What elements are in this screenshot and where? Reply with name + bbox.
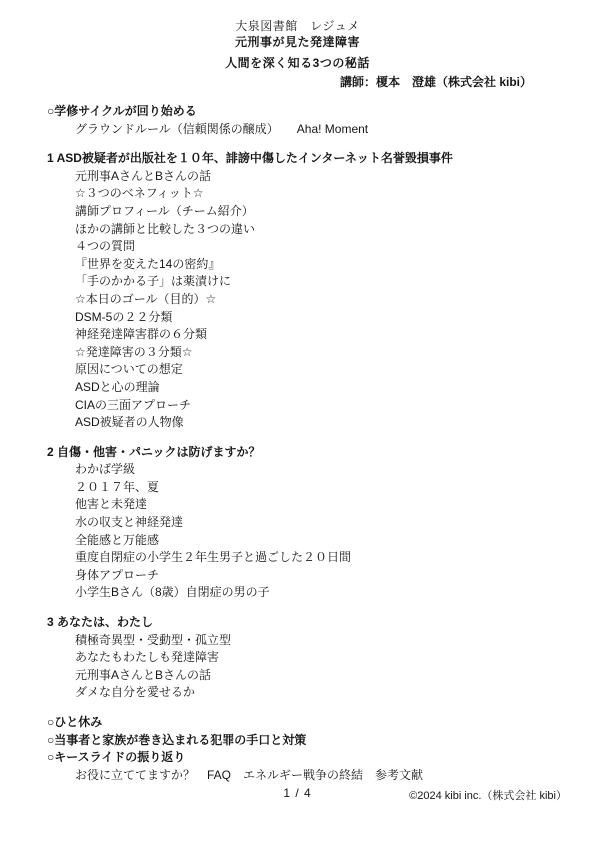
section-heading: ○キースライドの振り返り: [47, 749, 555, 767]
outline-body: ○学修サイクルが回り始めるグラウンドルール（信頼関係の醸成） Aha! Mome…: [0, 91, 595, 784]
section-heading: ○学修サイクルが回り始める: [47, 103, 555, 121]
doc-subtitle: 人間を深く知る3つの秘話: [0, 54, 595, 72]
outline-item: 水の収支と神経発達: [47, 514, 555, 532]
outline-item: グラウンドルール（信頼関係の醸成） Aha! Moment: [47, 121, 555, 139]
copyright: ©2024 kibi inc.（株式会社 kibi）: [409, 787, 567, 803]
doc-title: 元刑事が見た発達障害: [0, 34, 595, 50]
outline-item: 元刑事AさんとBさんの話: [47, 667, 555, 685]
outline-item: ダメな自分を愛せるか: [47, 684, 555, 702]
outline-item: 全能感と万能感: [47, 532, 555, 550]
outline-item: 小学生Bさん（8歳）自閉症の男の子: [47, 584, 555, 602]
lecturer-line: 講師：榎本 澄雄（株式会社 kibi）: [0, 73, 595, 91]
outline-item: DSM-5の２２分類: [47, 309, 555, 327]
outline-item: 重度自閉症の小学生２年生男子と過ごした２０日間: [47, 549, 555, 567]
outline-section: 2 自傷・他害・パニックは防げますか？わかば学級２０１７年、夏他害と未発達水の収…: [47, 444, 555, 602]
outline-section: ○当事者と家族が巻き込まれる犯罪の手口と対策: [47, 732, 555, 750]
outline-section: ○ひと休み: [47, 714, 555, 732]
outline-item: 他害と未発達: [47, 496, 555, 514]
section-heading: ○当事者と家族が巻き込まれる犯罪の手口と対策: [47, 732, 555, 750]
section-heading: 1 ASD被疑者が出版社を１０年、誹謗中傷したインターネット名誉毀損事件: [47, 150, 555, 168]
outline-item: 元刑事AさんとBさんの話: [47, 168, 555, 186]
section-heading: 2 自傷・他害・パニックは防げますか？: [47, 444, 555, 462]
outline-item: ☆発達障害の３分類☆: [47, 344, 555, 362]
outline-item: 神経発達障害群の６分類: [47, 326, 555, 344]
section-heading: ○ひと休み: [47, 714, 555, 732]
outline-item: ４つの質問: [47, 238, 555, 256]
outline-section: ○キースライドの振り返りお役に立ててますか？ FAQ エネルギー戦争の終結 参考…: [47, 749, 555, 784]
outline-item: 身体アプローチ: [47, 567, 555, 585]
outline-item: ほかの講師と比較した３つの違い: [47, 221, 555, 239]
outline-item: わかば学級: [47, 461, 555, 479]
outline-item: 「手のかかる子」は薬漬けに: [47, 273, 555, 291]
document-page: 大泉図書館 レジュメ 元刑事が見た発達障害 人間を深く知る3つの秘話 講師：榎本…: [0, 0, 595, 841]
outline-item: お役に立ててますか？ FAQ エネルギー戦争の終結 参考文献: [47, 767, 555, 785]
outline-item: あなたもわたしも発達障害: [47, 649, 555, 667]
outline-item: 原因についての想定: [47, 361, 555, 379]
outline-section: 3 あなたは、わたし積極奇異型・受動型・孤立型あなたもわたしも発達障害元刑事Aさ…: [47, 614, 555, 702]
outline-item: ２０１７年、夏: [47, 479, 555, 497]
section-heading: 3 あなたは、わたし: [47, 614, 555, 632]
outline-item: 積極奇異型・受動型・孤立型: [47, 632, 555, 650]
outline-item: ASDと心の理論: [47, 379, 555, 397]
outline-item: ☆３つのベネフィット☆: [47, 185, 555, 203]
doc-label: 大泉図書館 レジュメ: [0, 19, 595, 34]
outline-item: ASD被疑者の人物像: [47, 414, 555, 432]
outline-section: ○学修サイクルが回り始めるグラウンドルール（信頼関係の醸成） Aha! Mome…: [47, 103, 555, 138]
outline-section: 1 ASD被疑者が出版社を１０年、誹謗中傷したインターネット名誉毀損事件元刑事A…: [47, 150, 555, 432]
outline-item: 『世界を変えた14の密約』: [47, 256, 555, 274]
outline-item: CIAの三面アプローチ: [47, 397, 555, 415]
outline-item: 講師プロフィール（チーム紹介）: [47, 203, 555, 221]
document-header: 大泉図書館 レジュメ 元刑事が見た発達障害 人間を深く知る3つの秘話 講師：榎本…: [0, 0, 595, 91]
outline-item: ☆本日のゴール（目的）☆: [47, 291, 555, 309]
